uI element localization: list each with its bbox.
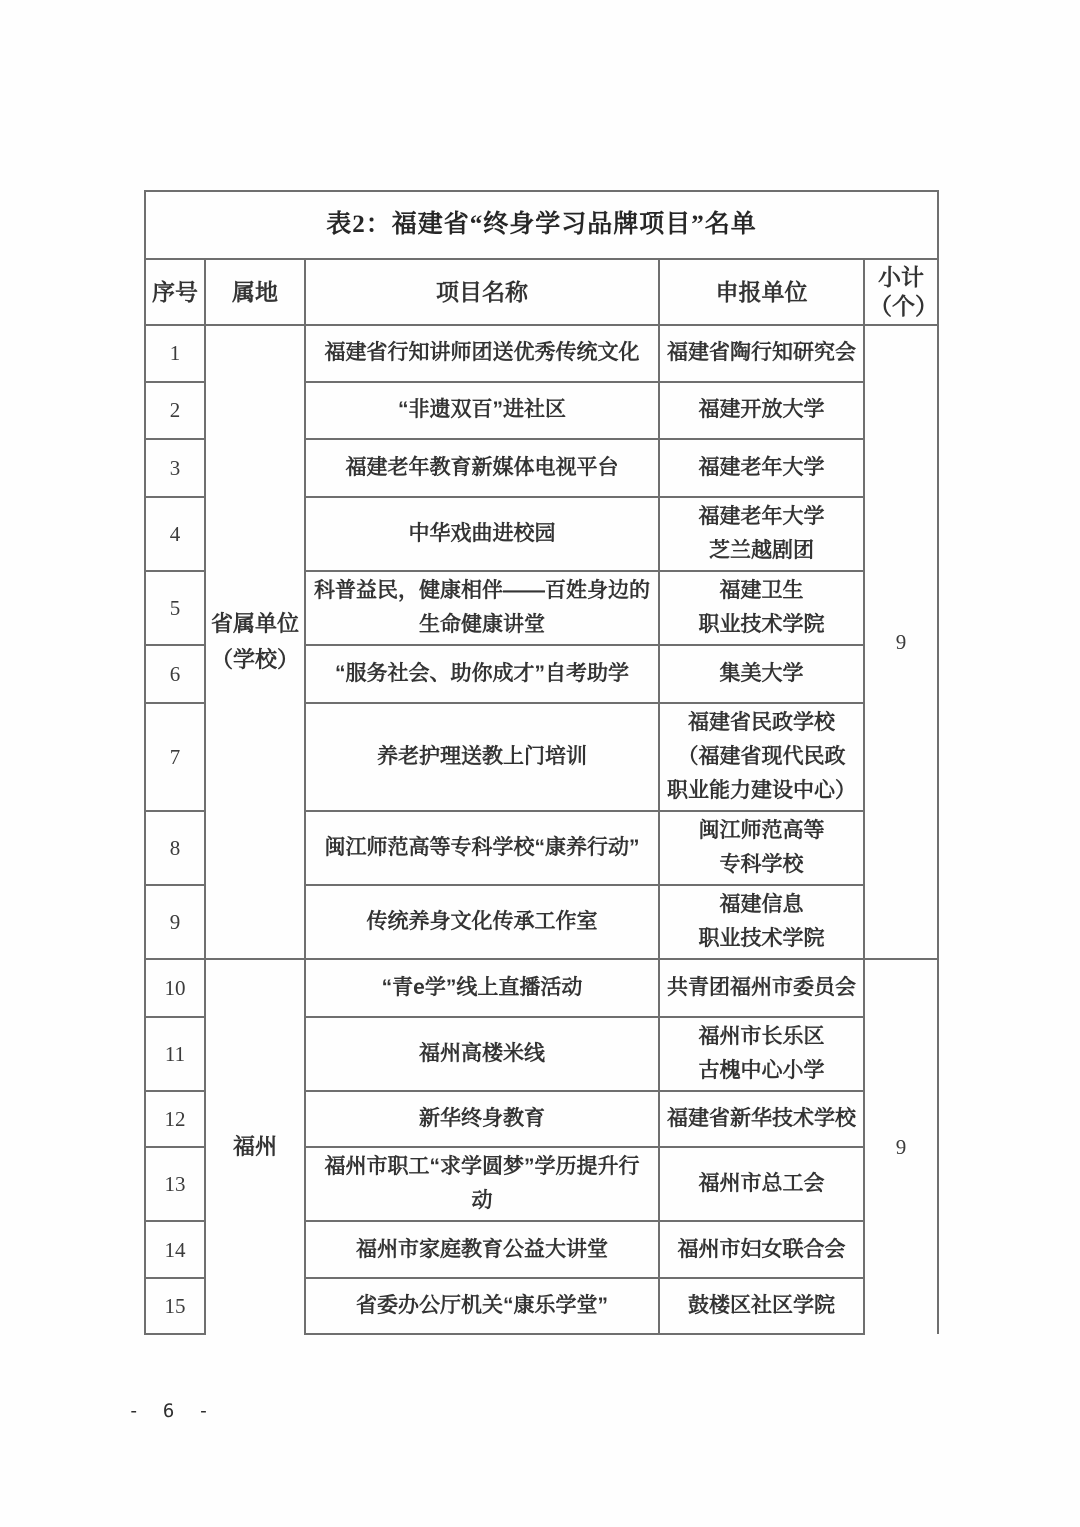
project-cell: 福州市职工“求学圆梦”学历提升行 动 — [305, 1147, 659, 1221]
col-header-locale: 属地 — [205, 259, 305, 325]
row-index-cell: 4 — [145, 497, 205, 571]
unit-cell: 福建老年大学 — [659, 439, 864, 497]
row-index-cell: 13 — [145, 1147, 205, 1221]
project-cell: 闽江师范高等专科学校“康养行动” — [305, 811, 659, 885]
col-header-subtotal: 小计 （个） — [864, 259, 938, 325]
unit-cell: 共青团福州市委员会 — [659, 959, 864, 1017]
row-index-cell: 3 — [145, 439, 205, 497]
unit-cell: 福州市总工会 — [659, 1147, 864, 1221]
unit-cell: 福建信息 职业技术学院 — [659, 885, 864, 959]
row-index-cell: 8 — [145, 811, 205, 885]
unit-cell: 集美大学 — [659, 645, 864, 703]
group-locale-cell: 省属单位 （学校） — [205, 325, 305, 959]
project-cell: 传统养身文化传承工作室 — [305, 885, 659, 959]
row-index-cell: 7 — [145, 703, 205, 811]
table-row: 10 福州 “青e学”线上直播活动 共青团福州市委员会 9 — [145, 959, 938, 1017]
row-index-cell: 6 — [145, 645, 205, 703]
project-cell: 福州市家庭教育公益大讲堂 — [305, 1221, 659, 1278]
unit-cell: 福建省陶行知研究会 — [659, 325, 864, 382]
project-cell: 福州高楼米线 — [305, 1017, 659, 1091]
row-index-cell: 2 — [145, 382, 205, 439]
row-index-cell: 10 — [145, 959, 205, 1017]
project-cell: 新华终身教育 — [305, 1091, 659, 1147]
unit-cell: 福州市长乐区 古槐中心小学 — [659, 1017, 864, 1091]
unit-cell: 福建卫生 职业技术学院 — [659, 571, 864, 645]
row-index-cell: 11 — [145, 1017, 205, 1091]
group-subtotal-cell: 9 — [864, 325, 938, 959]
unit-cell: 福建省新华技术学校 — [659, 1091, 864, 1147]
project-cell: 福建老年教育新媒体电视平台 — [305, 439, 659, 497]
row-index-cell: 12 — [145, 1091, 205, 1147]
row-index-cell: 5 — [145, 571, 205, 645]
group-subtotal-cell: 9 — [864, 959, 938, 1334]
page-number: - 6 - — [128, 1400, 215, 1422]
project-cell: 中华戏曲进校园 — [305, 497, 659, 571]
project-cell: “青e学”线上直播活动 — [305, 959, 659, 1017]
row-index-cell: 15 — [145, 1278, 205, 1334]
project-cell: 省委办公厅机关“康乐学堂” — [305, 1278, 659, 1334]
unit-cell: 福州市妇女联合会 — [659, 1221, 864, 1278]
project-cell: 科普益民，健康相伴——百姓身边的 生命健康讲堂 — [305, 571, 659, 645]
project-cell: “非遗双百”进社区 — [305, 382, 659, 439]
document-page: 表2：福建省“终身学习品牌项目”名单 序号 属地 项目名称 申报单位 小计 （个… — [0, 0, 1080, 1527]
row-index-cell: 1 — [145, 325, 205, 382]
table-row: 1 省属单位 （学校） 福建省行知讲师团送优秀传统文化 福建省陶行知研究会 9 — [145, 325, 938, 382]
brand-project-table: 表2：福建省“终身学习品牌项目”名单 序号 属地 项目名称 申报单位 小计 （个… — [144, 190, 939, 1335]
table-title: 表2：福建省“终身学习品牌项目”名单 — [145, 191, 938, 259]
project-cell: 福建省行知讲师团送优秀传统文化 — [305, 325, 659, 382]
row-index-cell: 9 — [145, 885, 205, 959]
project-cell: 养老护理送教上门培训 — [305, 703, 659, 811]
table-header-row: 序号 属地 项目名称 申报单位 小计 （个） — [145, 259, 938, 325]
unit-cell: 福建开放大学 — [659, 382, 864, 439]
unit-cell: 闽江师范高等 专科学校 — [659, 811, 864, 885]
col-header-index: 序号 — [145, 259, 205, 325]
row-index-cell: 14 — [145, 1221, 205, 1278]
project-cell: “服务社会、助你成才”自考助学 — [305, 645, 659, 703]
group-locale-cell: 福州 — [205, 959, 305, 1334]
unit-cell: 福建老年大学 芝兰越剧团 — [659, 497, 864, 571]
unit-cell: 鼓楼区社区学院 — [659, 1278, 864, 1334]
unit-cell: 福建省民政学校 （福建省现代民政 职业能力建设中心） — [659, 703, 864, 811]
col-header-project: 项目名称 — [305, 259, 659, 325]
table-title-row: 表2：福建省“终身学习品牌项目”名单 — [145, 191, 938, 259]
col-header-unit: 申报单位 — [659, 259, 864, 325]
